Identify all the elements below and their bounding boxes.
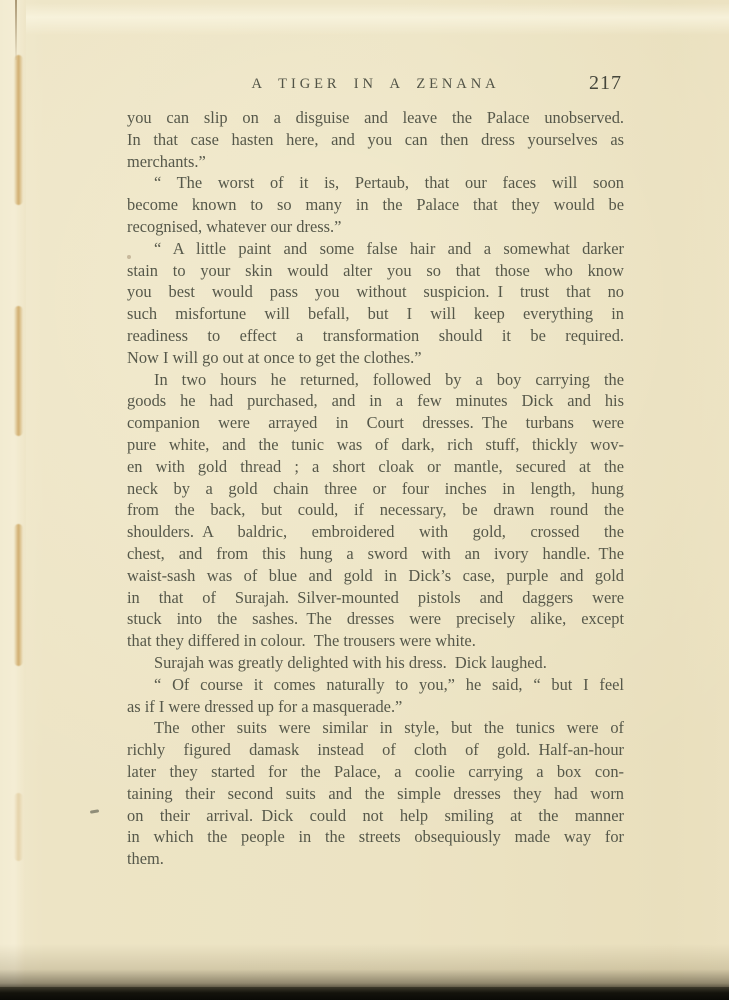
text-line: readiness to effect a transformation sho… xyxy=(127,325,624,347)
text-line: recognised, whatever our dress.” xyxy=(127,216,624,238)
text-line: richly figured damask instead of cloth o… xyxy=(127,739,624,761)
text-line: shoulders. A baldric, embroidered with g… xyxy=(127,521,624,543)
text-line: “ The worst of it is, Pertaub, that our … xyxy=(127,172,624,194)
text-line: In two hours he returned, followed by a … xyxy=(127,369,624,391)
book-gutter-edge xyxy=(0,0,26,986)
gutter-stain xyxy=(14,793,23,861)
gutter-stain xyxy=(14,306,23,436)
gutter-stain xyxy=(14,55,23,205)
text-line: that they differed in colour. The trouse… xyxy=(127,630,624,652)
text-line: you can slip on a disguise and leave the… xyxy=(127,107,624,129)
text-line: “ Of course it comes naturally to you,” … xyxy=(127,674,624,696)
text-line: as if I were dressed up for a masquerade… xyxy=(127,696,624,718)
page-header: A TIGER IN A ZENANA 217 xyxy=(127,72,624,96)
text-line: neck by a gold chain three or four inche… xyxy=(127,478,624,500)
page-number: 217 xyxy=(589,72,622,95)
text-line: them. xyxy=(127,848,624,870)
text-line: Now I will go out at once to get the clo… xyxy=(127,347,624,369)
running-title: A TIGER IN A ZENANA xyxy=(127,76,624,93)
text-line: chest, and from this hung a sword with a… xyxy=(127,543,624,565)
margin-pencil-mark xyxy=(90,809,99,813)
text-line: “ A little paint and some false hair and… xyxy=(127,238,624,260)
text-line: in that of Surajah. Silver-mounted pisto… xyxy=(127,587,624,609)
text-line: later they started for the Palace, a coo… xyxy=(127,761,624,783)
page-top-edge-highlight xyxy=(0,3,729,35)
text-line: goods he had purchased, and in a few min… xyxy=(127,390,624,412)
text-line: stuck into the sashes. The dresses were … xyxy=(127,608,624,630)
text-line: stain to your skin would alter you so th… xyxy=(127,260,624,282)
text-line: taining their second suits and the simpl… xyxy=(127,783,624,805)
text-line: such misfortune will befall, but I will … xyxy=(127,303,624,325)
scan-background-edge xyxy=(0,987,729,1000)
text-line: pure white, and the tunic was of dark, r… xyxy=(127,434,624,456)
text-line: from the back, but could, if necessary, … xyxy=(127,499,624,521)
text-line: you best would pass you without suspicio… xyxy=(127,281,624,303)
text-line: companion were arrayed in Court dresses.… xyxy=(127,412,624,434)
gutter-crease xyxy=(15,0,17,60)
text-line: become known to so many in the Palace th… xyxy=(127,194,624,216)
text-line: waist-sash was of blue and gold in Dick’… xyxy=(127,565,624,587)
text-line: merchants.” xyxy=(127,151,624,173)
gutter-stain xyxy=(14,524,23,666)
text-line: The other suits were similar in style, b… xyxy=(127,717,624,739)
text-line: In that case hasten here, and you can th… xyxy=(127,129,624,151)
text-line: Surajah was greatly delighted with his d… xyxy=(127,652,624,674)
text-line: en with gold thread ; a short cloak or m… xyxy=(127,456,624,478)
paper-speck xyxy=(127,255,131,259)
text-line: in which the people in the streets obseq… xyxy=(127,826,624,848)
body-text: you can slip on a disguise and leave the… xyxy=(127,107,624,870)
text-line: on their arrival. Dick could not help sm… xyxy=(127,805,624,827)
book-page-scan: A TIGER IN A ZENANA 217 you can slip on … xyxy=(0,0,729,1000)
page-bottom-shadow xyxy=(0,944,729,990)
